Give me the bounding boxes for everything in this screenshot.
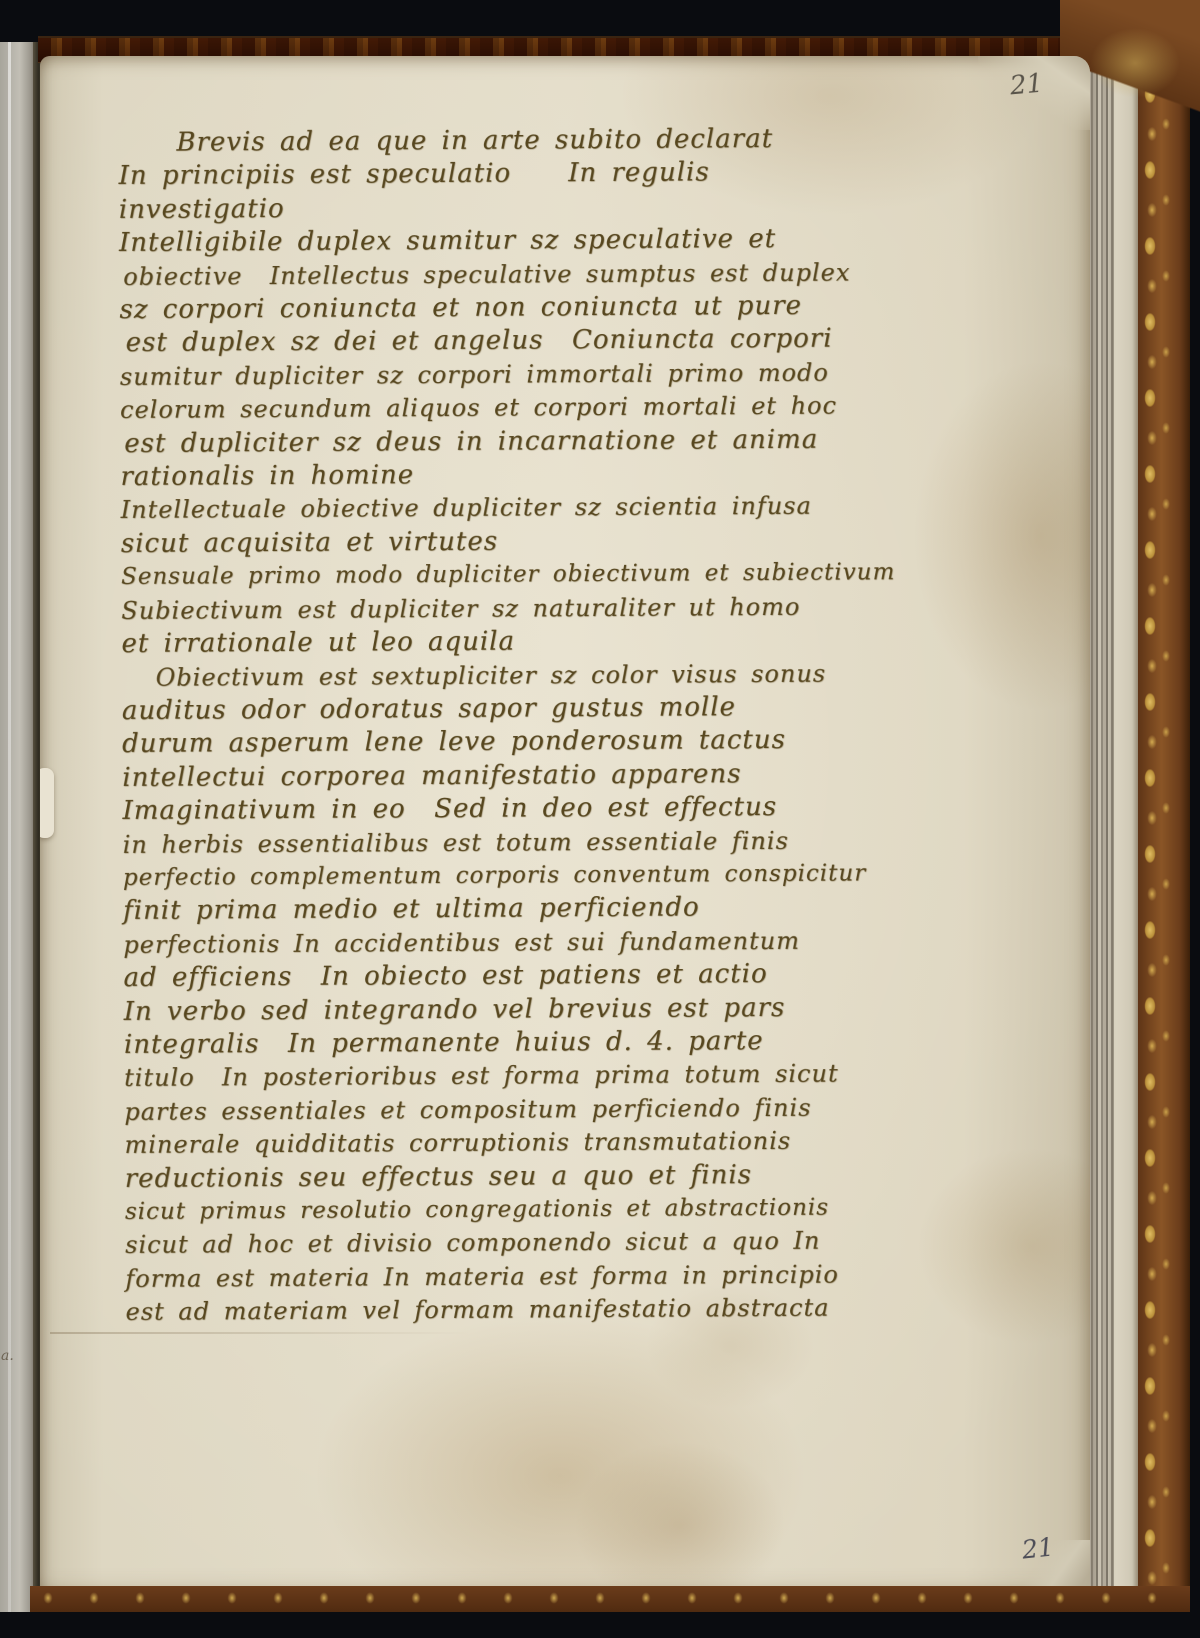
background-bottom <box>0 1612 1200 1638</box>
page-stack-edges <box>1088 56 1116 1604</box>
margin-mark: a. <box>1 1348 14 1364</box>
page-edge-highlight <box>8 42 11 1618</box>
leather-binding-bottom <box>30 1586 1190 1615</box>
manuscript-photo: a. 21 Brevis ad ea que in arte subito de… <box>0 0 1200 1638</box>
leather-binding-right <box>1138 0 1190 1620</box>
paper-repair-patch <box>40 768 54 838</box>
folio-number-bottom: 21 <box>1021 1532 1056 1564</box>
manuscript-page: 21 Brevis ad ea que in arte subito decla… <box>40 56 1090 1596</box>
manuscript-text: Brevis ad ea que in arte subito declarat… <box>118 121 1085 1329</box>
folio-number-top: 21 <box>1009 69 1045 102</box>
underlying-page-edge <box>1114 62 1140 1602</box>
facing-page-edge: a. <box>0 42 36 1618</box>
manuscript-line: est ad materiam vel formam manifestatio … <box>125 1290 1085 1329</box>
paper-crease <box>50 1332 470 1334</box>
